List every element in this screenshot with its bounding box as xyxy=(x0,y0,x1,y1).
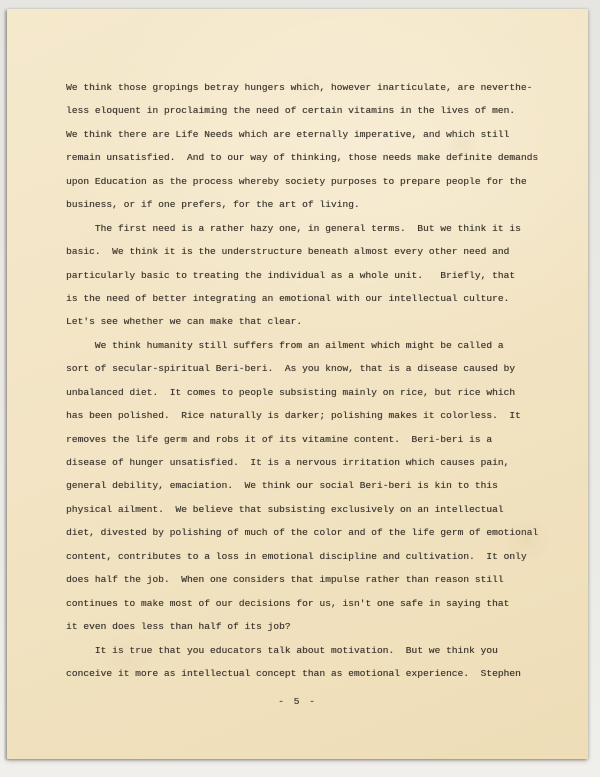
text-line: We think there are Life Needs which are … xyxy=(66,123,566,146)
text-line: general debility, emaciation. We think o… xyxy=(66,474,566,497)
text-line: physical ailment. We believe that subsis… xyxy=(66,498,566,521)
text-line: unbalanced diet. It comes to people subs… xyxy=(66,381,566,404)
text-line: We think humanity still suffers from an … xyxy=(66,334,566,357)
page-text: We think those gropings betray hungers w… xyxy=(66,76,566,685)
text-line: removes the life germ and robs it of its… xyxy=(66,428,566,451)
text-line: We think those gropings betray hungers w… xyxy=(66,76,566,99)
text-line: diet, divested by polishing of much of t… xyxy=(66,521,566,544)
text-line: Let's see whether we can make that clear… xyxy=(66,310,566,333)
document-page: We think those gropings betray hungers w… xyxy=(7,9,588,759)
text-line: is the need of better integrating an emo… xyxy=(66,287,566,310)
text-line: upon Education as the process whereby so… xyxy=(66,170,566,193)
text-line: disease of hunger unsatisfied. It is a n… xyxy=(66,451,566,474)
scan-background: We think those gropings betray hungers w… xyxy=(0,0,600,777)
text-line: The first need is a rather hazy one, in … xyxy=(66,217,566,240)
text-line: business, or if one prefers, for the art… xyxy=(66,193,566,216)
text-line: particularly basic to treating the indiv… xyxy=(66,264,566,287)
page-number: - 5 - xyxy=(7,696,588,707)
text-line: sort of secular-spiritual Beri-beri. As … xyxy=(66,357,566,380)
text-line: content, contributes to a loss in emotio… xyxy=(66,545,566,568)
text-line: less eloquent in proclaiming the need of… xyxy=(66,99,566,122)
text-line: It is true that you educators talk about… xyxy=(66,639,566,662)
text-line: continues to make most of our decisions … xyxy=(66,592,566,615)
text-line: conceive it more as intellectual concept… xyxy=(66,662,566,685)
text-line: does half the job. When one considers th… xyxy=(66,568,566,591)
text-line: it even does less than half of its job? xyxy=(66,615,566,638)
text-line: has been polished. Rice naturally is dar… xyxy=(66,404,566,427)
text-line: remain unsatisfied. And to our way of th… xyxy=(66,146,566,169)
text-line: basic. We think it is the understructure… xyxy=(66,240,566,263)
